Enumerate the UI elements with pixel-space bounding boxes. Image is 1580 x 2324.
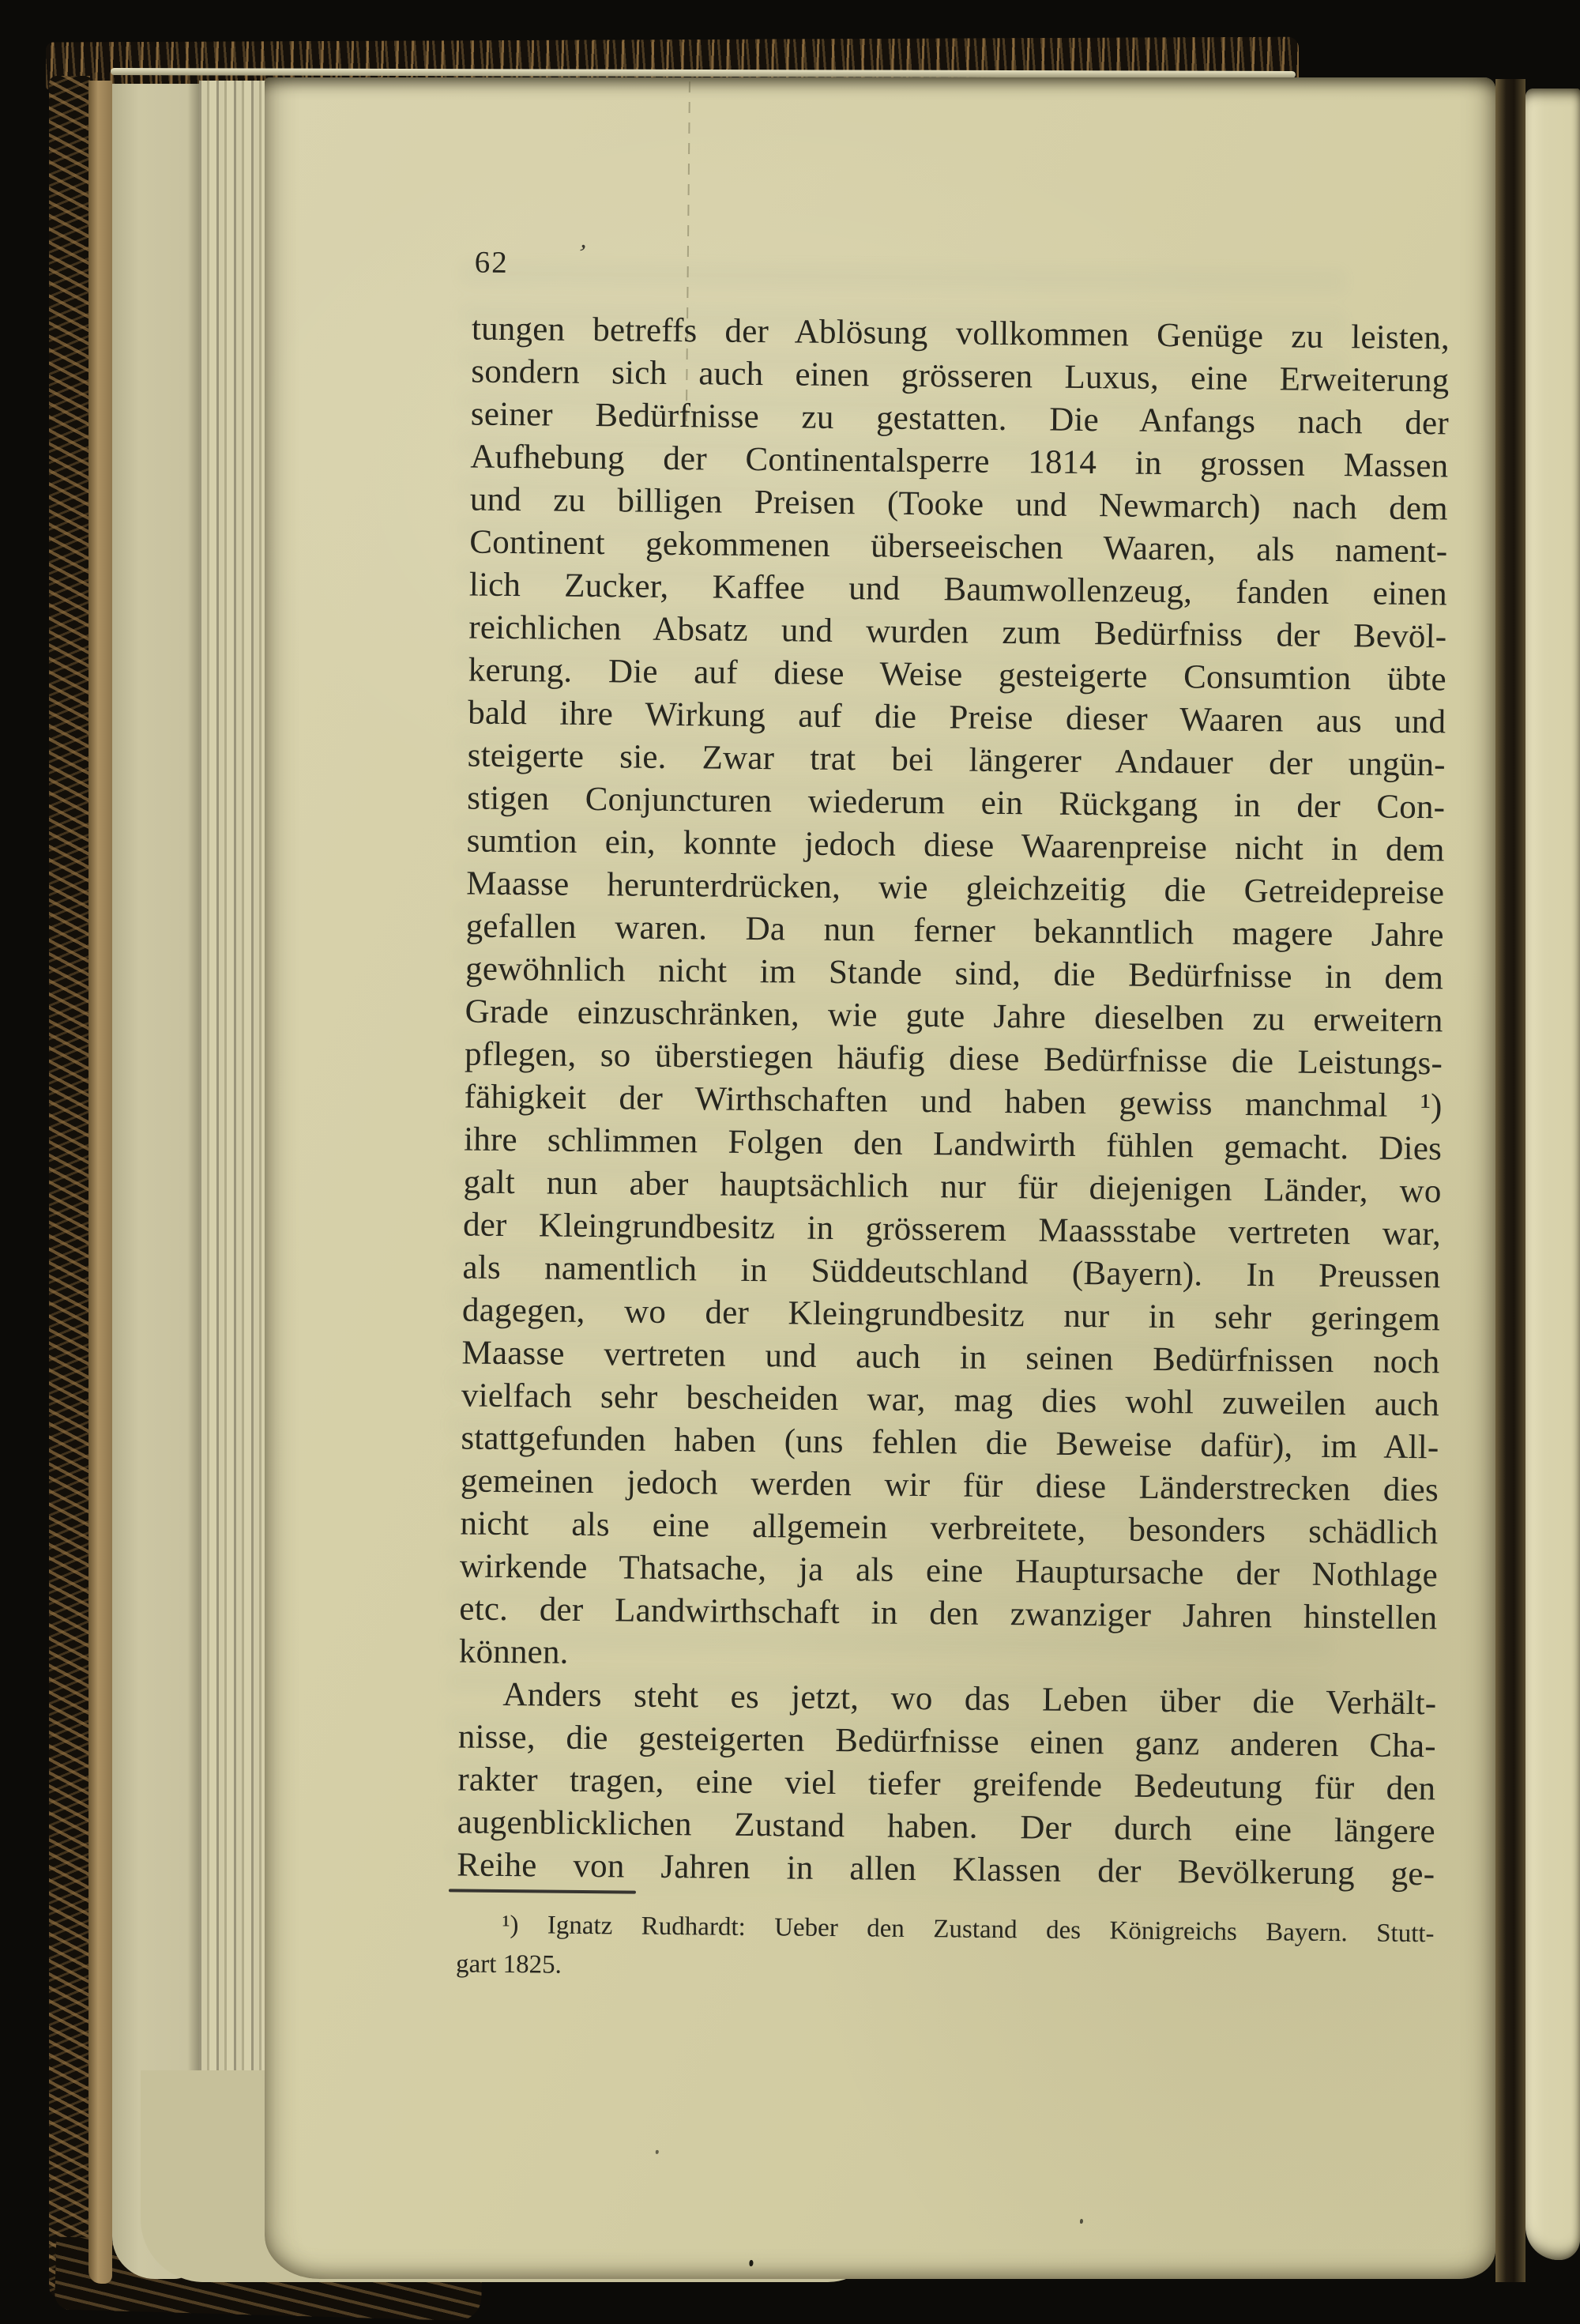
book-page: 62 ’ tungen betreffs der Ablösung vollko… [265, 77, 1495, 2279]
footnote-rule [449, 1889, 636, 1893]
page-number: 62 [475, 247, 509, 278]
book-scan: 62 ’ tungen betreffs der Ablösung vollko… [0, 0, 1580, 2324]
body-text: tungen betreffs der Ablösung vollkommen … [457, 308, 1450, 1896]
page-content: 62 ’ tungen betreffs der Ablösung vollko… [243, 77, 1495, 2291]
scanned-book-page-photo: { "page": { "number": "62", "stray_mark"… [0, 0, 1580, 2324]
book-cover-marbled-spine-edge [49, 76, 90, 2298]
next-page-fore-edge [1525, 89, 1580, 2260]
ink-speck [749, 2260, 753, 2266]
page-block-left-edge [88, 81, 112, 2284]
gutter-shadow [1495, 79, 1525, 2282]
footnote: ¹) Ignatz Rudhardt: Ueber den Zustand de… [456, 1904, 1435, 1993]
page-stack-surface [112, 84, 201, 2279]
ink-speck [1080, 2219, 1083, 2224]
ink-speck [656, 2150, 659, 2154]
